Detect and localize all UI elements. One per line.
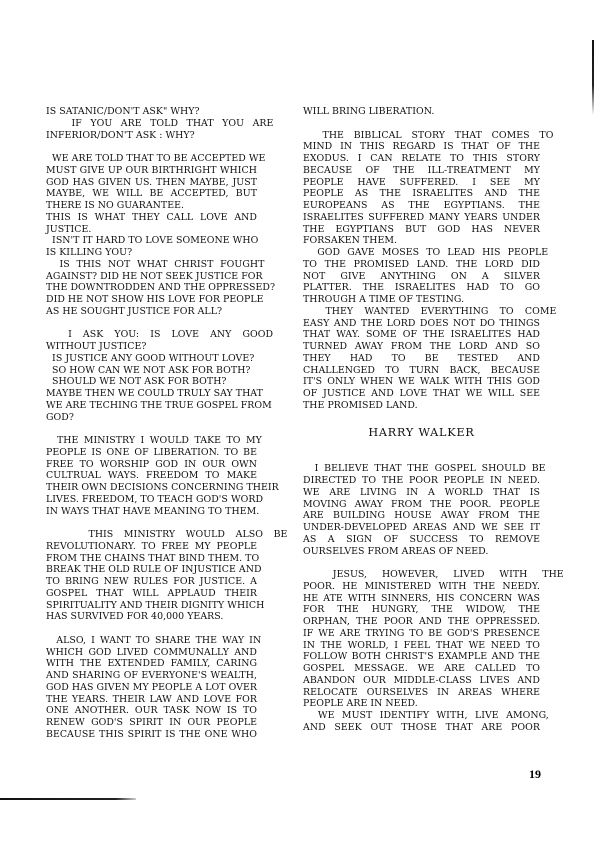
text-line: DIRECTED TO THE POOR PEOPLE IN NEED. <box>303 475 540 487</box>
text-line: PEOPLE HAVE SUFFERED. I SEE MY <box>303 177 540 189</box>
text-line: BREAK THE OLD RULE OF INJUSTICE AND <box>46 564 257 576</box>
paragraph-gap <box>46 141 257 153</box>
text-line: THIS IS WHAT THEY CALL LOVE AND <box>46 212 257 224</box>
text-line: OURSELVES FROM AREAS OF NEED. <box>303 546 540 558</box>
text-line: GOD HAS GIVEN MY PEOPLE A LOT OVER <box>46 682 257 694</box>
text-line: THROUGH A TIME OF TESTING. <box>303 294 540 306</box>
text-line: JUSTICE. <box>46 224 257 236</box>
text-line: I BELIEVE THAT THE GOSPEL SHOULD BE <box>303 463 540 475</box>
text-line: AGAINST? DID HE NOT SEEK JUSTICE FOR <box>46 271 257 283</box>
text-line: WE ARE TECHING THE TRUE GOSPEL FROM <box>46 400 257 412</box>
text-line: THAT WAY. SOME OF THE ISRAELITES HAD <box>303 329 540 341</box>
text-line: SHOULD WE NOT ASK FOR BOTH? <box>46 376 257 388</box>
text-line: AND SHARING OF EVERYONE'S WEALTH, <box>46 670 257 682</box>
paragraph-gap <box>46 623 257 635</box>
text-line: THE PROMISED LAND. <box>303 400 540 412</box>
document-page: IS SATANIC/DON'T ASK" WHY? IF YOU ARE TO… <box>0 0 595 842</box>
text-line: TO THE PROMISED LAND. THE LORD DID <box>303 259 540 271</box>
text-line: CULTRUAL WAYS. FREEDOM TO MAKE <box>46 470 257 482</box>
text-line: EXODUS. I CAN RELATE TO THIS STORY <box>303 153 540 165</box>
text-line: RENEW GOD'S SPIRIT IN OUR PEOPLE <box>46 717 257 729</box>
text-line: THIS MINISTRY WOULD ALSO BE <box>46 529 257 541</box>
text-line: IS JUSTICE ANY GOOD WITHOUT LOVE? <box>46 353 257 365</box>
text-line: ARE BUILDING HOUSE AWAY FROM THE <box>303 510 540 522</box>
text-line: THERE IS NO GUARANTEE. <box>46 200 257 212</box>
text-line: BECAUSE THIS SPIRIT IS THE ONE WHO <box>46 729 257 741</box>
text-line: EUROPEANS AS THE EGYPTIANS. THE <box>303 200 540 212</box>
text-line: AND SEEK OUT THOSE THAT ARE POOR <box>303 722 540 734</box>
text-line: DID HE NOT SHOW HIS LOVE FOR PEOPLE <box>46 294 257 306</box>
text-line: THE MINISTRY I WOULD TAKE TO MY <box>46 435 257 447</box>
text-line: REVOLUTIONARY. TO FREE MY PEOPLE <box>46 541 257 553</box>
text-line: THE YEARS. THEIR LAW AND LOVE FOR <box>46 694 257 706</box>
text-line: GOD? <box>46 412 257 424</box>
text-line: IS SATANIC/DON'T ASK" WHY? <box>46 106 257 118</box>
text-line: GOD GAVE MOSES TO LEAD HIS PEOPLE <box>303 247 540 259</box>
text-line: WE MUST IDENTIFY WITH, LIVE AMONG, <box>303 710 540 722</box>
paragraph-gap <box>303 557 540 569</box>
section-heading-author: HARRY WALKER <box>303 427 540 439</box>
text-line: WITH THE EXTENDED FAMILY, CARING <box>46 658 257 670</box>
text-line: MIND IN THIS REGARD IS THAT OF THE <box>303 141 540 153</box>
paragraph-gap <box>46 517 257 529</box>
text-line: WE ARE TOLD THAT TO BE ACCEPTED WE <box>46 153 257 165</box>
text-line: MAYBE, WE WILL BE ACCEPTED, BUT <box>46 188 257 200</box>
text-line: SO HOW CAN WE NOT ASK FOR BOTH? <box>46 365 257 377</box>
text-line: MOVING AWAY FROM THE POOR. PEOPLE <box>303 499 540 511</box>
text-line: AS A SIGN OF SUCCESS TO REMOVE <box>303 534 540 546</box>
text-line: PEOPLE IS ONE OF LIBERATION. TO BE <box>46 447 257 459</box>
text-line: SPIRITUALITY AND THEIR DIGNITY WHICH <box>46 600 257 612</box>
text-line: PEOPLE AS THE ISRAELITES AND THE <box>303 188 540 200</box>
text-line: JESUS, HOWEVER, LIVED WITH THE <box>303 569 540 581</box>
text-line: ISN'T IT HARD TO LOVE SOMEONE WHO <box>46 235 257 247</box>
text-line: FORSAKEN THEM. <box>303 235 540 247</box>
text-line: EASY AND THE LORD DOES NOT DO THINGS <box>303 318 540 330</box>
text-line: TURNED AWAY FROM THE LORD AND SO <box>303 341 540 353</box>
text-line: HAS SURVIVED FOR 40,000 YEARS. <box>46 611 257 623</box>
text-line: ABANDON OUR MIDDLE-CLASS LIVES AND <box>303 675 540 687</box>
text-line: I ASK YOU: IS LOVE ANY GOOD <box>46 329 257 341</box>
text-line: WILL BRING LIBERATION. <box>303 106 540 118</box>
text-line: FROM THE CHAINS THAT BIND THEM. TO <box>46 553 257 565</box>
text-line: WE ARE LIVING IN A WORLD THAT IS <box>303 487 540 499</box>
text-line: MUST GIVE UP OUR BIRTHRIGHT WHICH <box>46 165 257 177</box>
text-line: IS THIS NOT WHAT CHRIST FOUGHT <box>46 259 257 271</box>
text-line: IS KILLING YOU? <box>46 247 257 259</box>
text-line: GOSPEL MESSAGE. WE ARE CALLED TO <box>303 663 540 675</box>
bottom-rule-divider <box>0 798 136 800</box>
text-line: THEY HAD TO BE TESTED AND <box>303 353 540 365</box>
text-line: RELOCATE OURSELVES IN AREAS WHERE <box>303 687 540 699</box>
text-line: HE ATE WITH SINNERS, HIS CONCERN WAS <box>303 593 540 605</box>
text-line: IF WE ARE TRYING TO BE GOD'S PRESENCE <box>303 628 540 640</box>
text-line: TO BRING NEW RULES FOR JUSTICE. A <box>46 576 257 588</box>
text-line: LIVES. FREEDOM, TO TEACH GOD'S WORD <box>46 494 257 506</box>
text-line: IN THE WORLD, I FEEL THAT WE NEED TO <box>303 640 540 652</box>
text-line: IT'S ONLY WHEN WE WALK WITH THIS GOD <box>303 376 540 388</box>
left-column: IS SATANIC/DON'T ASK" WHY? IF YOU ARE TO… <box>46 106 257 741</box>
text-line: FREE TO WORSHIP GOD IN OUR OWN <box>46 459 257 471</box>
paragraph-gap <box>303 118 540 130</box>
text-line: MAYBE THEN WE COULD TRULY SAY THAT <box>46 388 257 400</box>
paragraph-gap <box>46 423 257 435</box>
text-line: UNDER-DEVELOPED AREAS AND WE SEE IT <box>303 522 540 534</box>
text-line: FOLLOW BOTH CHRIST'S EXAMPLE AND THE <box>303 651 540 663</box>
text-line: CHALLENGED TO TURN BACK, BECAUSE <box>303 365 540 377</box>
text-line: IF YOU ARE TOLD THAT YOU ARE <box>46 118 257 130</box>
page-number: 19 <box>529 767 541 782</box>
text-line: OF JUSTICE AND LOVE THAT WE WILL SEE <box>303 388 540 400</box>
text-line: IN WAYS THAT HAVE MEANING TO THEM. <box>46 506 257 518</box>
text-line: THE DOWNTRODDEN AND THE OPPRESSED? <box>46 282 257 294</box>
text-line: WITHOUT JUSTICE? <box>46 341 257 353</box>
right-column-top-text: WILL BRING LIBERATION. THE BIBLICAL STOR… <box>303 106 540 412</box>
text-line: ALSO, I WANT TO SHARE THE WAY IN <box>46 635 257 647</box>
text-line: POOR. HE MINISTERED WITH THE NEEDY. <box>303 581 540 593</box>
text-line: BECAUSE OF THE ILL-TREATMENT MY <box>303 165 540 177</box>
paragraph-gap <box>46 318 257 330</box>
text-line: THEIR OWN DECISIONS CONCERNING THEIR <box>46 482 257 494</box>
right-column-bottom-text: I BELIEVE THAT THE GOSPEL SHOULD BEDIREC… <box>303 463 540 733</box>
text-line: THEY WANTED EVERYTHING TO COME <box>303 306 540 318</box>
text-line: PLATTER. THE ISRAELITES HAD TO GO <box>303 282 540 294</box>
text-line: AS HE SOUGHT JUSTICE FOR ALL? <box>46 306 257 318</box>
text-line: ORPHAN, THE POOR AND THE OPPRESSED. <box>303 616 540 628</box>
text-line: THE BIBLICAL STORY THAT COMES TO <box>303 130 540 142</box>
text-line: ONE ANOTHER. OUR TASK NOW IS TO <box>46 705 257 717</box>
text-line: THE EGYPTIANS BUT GOD HAS NEVER <box>303 224 540 236</box>
text-line: FOR THE HUNGRY, THE WIDOW, THE <box>303 604 540 616</box>
text-line: INFERIOR/DON'T ASK : WHY? <box>46 130 257 142</box>
page-edge-mark <box>592 40 594 115</box>
text-line: PEOPLE ARE IN NEED. <box>303 698 540 710</box>
text-line: ISRAELITES SUFFERED MANY YEARS UNDER <box>303 212 540 224</box>
text-line: GOSPEL THAT WILL APPLAUD THEIR <box>46 588 257 600</box>
right-column: WILL BRING LIBERATION. THE BIBLICAL STOR… <box>303 106 540 734</box>
text-line: GOD HAS GIVEN US. THEN MAYBE, JUST <box>46 177 257 189</box>
text-line: NOT GIVE ANYTHING ON A SILVER <box>303 271 540 283</box>
text-line: WHICH GOD LIVED COMMUNALLY AND <box>46 647 257 659</box>
